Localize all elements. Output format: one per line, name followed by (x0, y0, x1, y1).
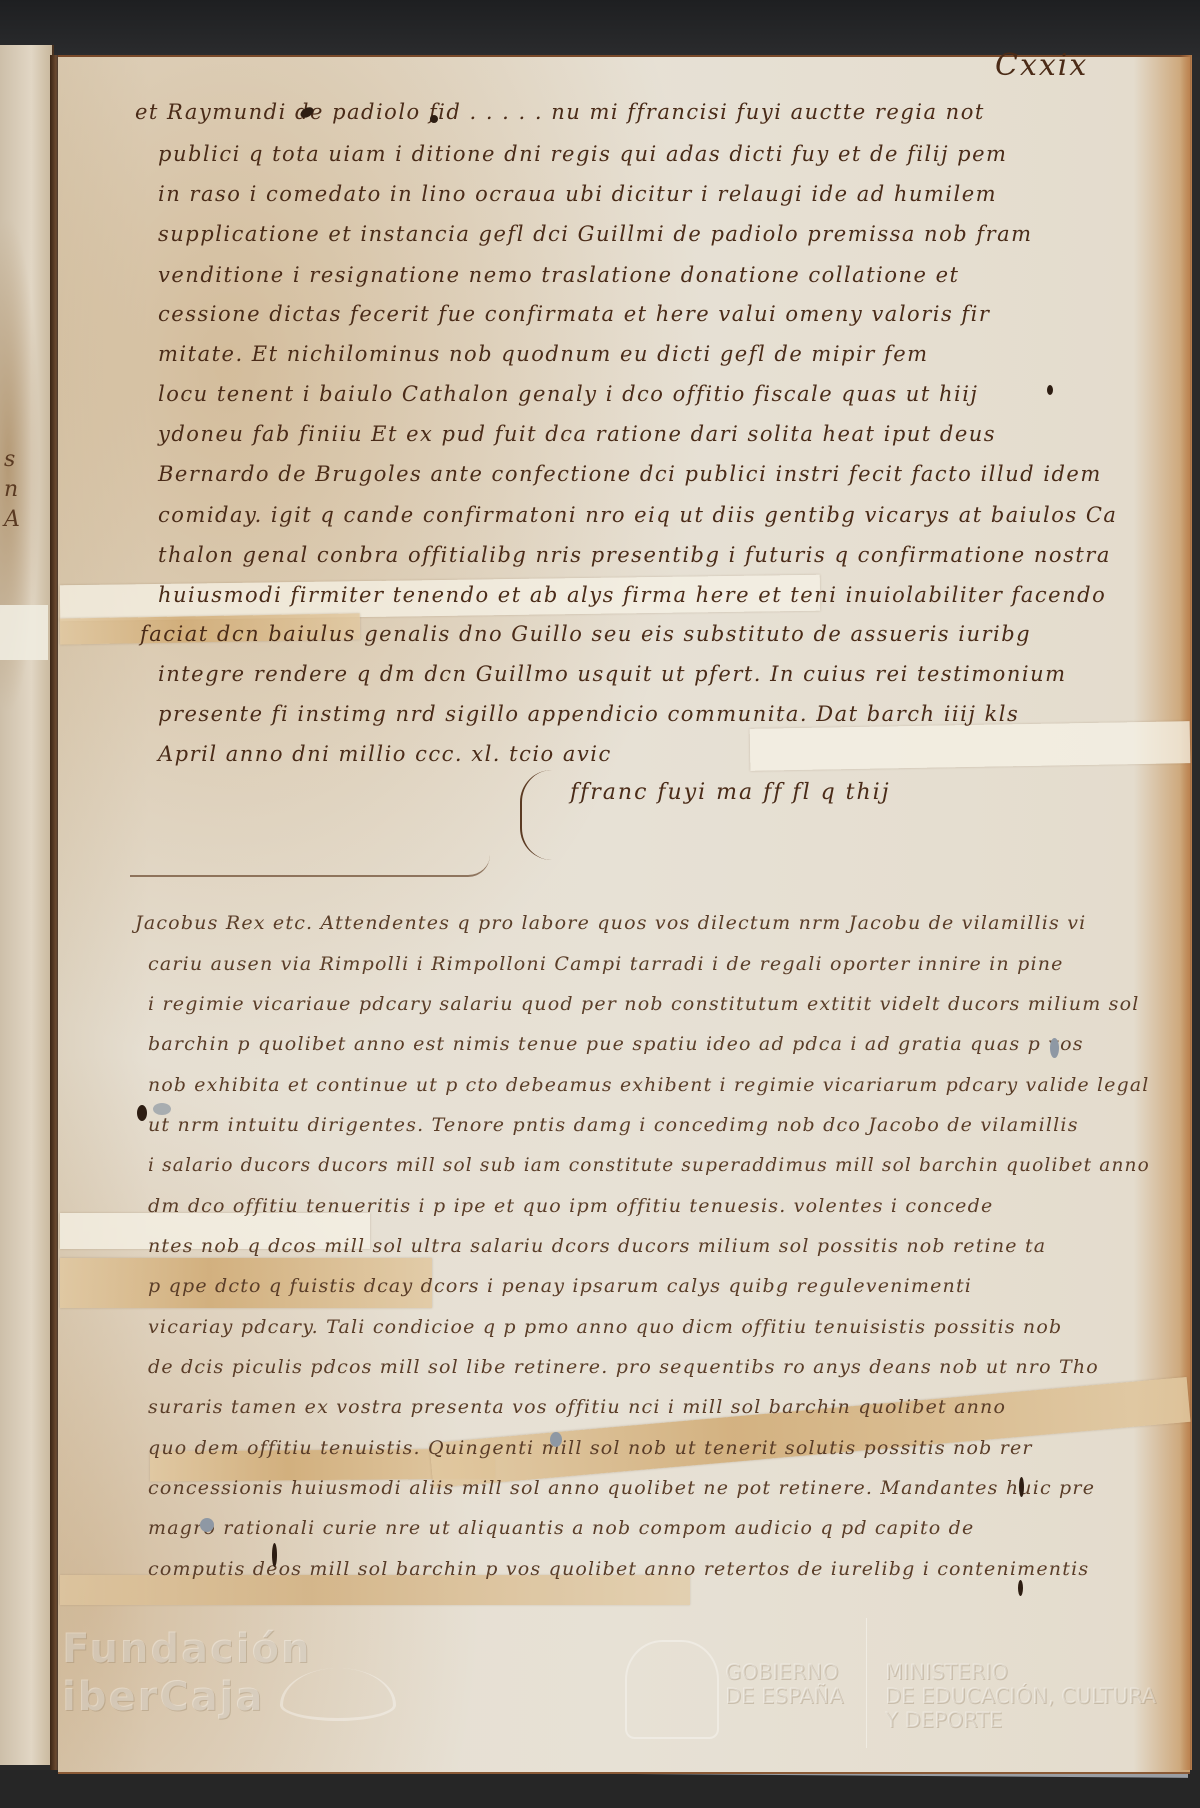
watermark-divider (866, 1618, 867, 1748)
previous-page-marks: snA (4, 445, 20, 535)
ink-blot (272, 1543, 277, 1567)
manuscript-line: vicariay pdcary. Tali condicioe q p pmo … (148, 1316, 1062, 1338)
manuscript-line: venditione i resignatione nemo traslatio… (158, 263, 960, 287)
manuscript-line: integre rendere q dm dcn Guillmo usquit … (158, 662, 1067, 686)
manuscript-line: in raso i comedato in lino ocraua ubi di… (158, 182, 997, 206)
manuscript-line: computis deos mill sol barchin p vos quo… (148, 1558, 1089, 1580)
fundacion-ibercaja-watermark: Fundación iberCaja (62, 1625, 311, 1721)
manuscript-line: mitate. Et nichilominus nob quodnum eu d… (158, 342, 929, 366)
ministerio-watermark: MINISTERIO DE EDUCACIÓN, CULTURA Y DEPOR… (885, 1660, 1156, 1732)
manuscript-line: cessione dictas fecerit fue confirmata e… (158, 302, 990, 326)
manuscript-line: dm dco offitiu tenueritis i p ipe et quo… (148, 1195, 993, 1217)
manuscript-line: ydoneu fab finiiu Et ex pud fuit dca rat… (158, 422, 996, 446)
manuscript-line: barchin p quolibet anno est nimis tenue … (148, 1033, 1084, 1055)
manuscript-line: magro rationali curie nre ut aliquantis … (148, 1517, 974, 1539)
manuscript-line: nob exhibita et continue ut p cto debeam… (148, 1074, 1149, 1096)
manuscript-line: supplicatione et instancia gefl dci Guil… (158, 222, 1033, 246)
manuscript-line: faciat dcn baiulus genalis dno Guillo se… (140, 622, 1031, 646)
ink-blot (1047, 385, 1053, 395)
manuscript-line: Bernardo de Brugoles ante confectione dc… (158, 462, 1102, 486)
manuscript-line: concessionis huiusmodi aliis mill sol an… (148, 1477, 1095, 1499)
manuscript-line: i salario ducors ducors mill sol sub iam… (148, 1154, 1150, 1176)
spain-coat-of-arms-icon (625, 1640, 719, 1739)
manuscript-line: publici q tota uiam i ditione dni regis … (158, 142, 1007, 166)
ink-blot (1019, 1477, 1024, 1497)
folio-number: Cxxix (995, 48, 1088, 83)
manuscript-line: de dcis piculis pdcos mill sol libe reti… (148, 1356, 1099, 1378)
manuscript-line: comiday. igit q cande confirmatoni nro e… (158, 503, 1117, 527)
watermark-line: GOBIERNO (725, 1660, 843, 1684)
ink-blot (137, 1105, 147, 1121)
worm-hole (1050, 1038, 1059, 1058)
manuscript-line: i regimie vicariaue pdcary salariu quod … (148, 993, 1140, 1015)
worm-hole (550, 1432, 562, 1447)
manuscript-line: p qpe dcto q fuistis dcay dcors i penay … (148, 1275, 972, 1297)
page-edge-stain (1180, 55, 1192, 1770)
watermark-line: Y DEPORTE (885, 1708, 1156, 1732)
worm-hole (153, 1103, 171, 1115)
notary-signature: ffranc fuyi ma ff fl q thij (570, 780, 891, 805)
manuscript-line: cariu ausen via Rimpolli i Rimpolloni Ca… (148, 953, 1064, 975)
watermark-line: iberCaja (62, 1673, 311, 1721)
manuscript-line: locu tenent i baiulo Cathalon genaly i d… (158, 382, 978, 406)
manuscript-line: ut nrm intuitu dirigentes. Tenore pntis … (148, 1114, 1079, 1136)
manuscript-line: suraris tamen ex vostra presenta vos off… (148, 1396, 1006, 1418)
repair-tape (750, 721, 1191, 771)
worm-hole (200, 1518, 214, 1532)
previous-page-edge: snA (0, 45, 54, 1765)
watermark-line: MINISTERIO (885, 1660, 1156, 1684)
section-separator-flourish (130, 855, 490, 877)
manuscript-line: April anno dni millio ccc. xl. tcio avic (158, 742, 612, 766)
gobierno-espana-watermark: GOBIERNO DE ESPAÑA (725, 1660, 843, 1708)
manuscript-line: et Raymundi de padiolo fid . . . . . nu … (135, 100, 985, 124)
watermark-line: DE EDUCACIÓN, CULTURA (885, 1684, 1156, 1708)
ink-blot (430, 115, 438, 123)
manuscript-line: Jacobus Rex etc. Attendentes q pro labor… (135, 912, 1086, 934)
manuscript-line: presente fi instimg nrd sigillo appendic… (158, 702, 1019, 726)
manuscript-line: ntes nob q dcos mill sol ultra salariu d… (148, 1235, 1046, 1257)
repair-tape (0, 605, 48, 660)
watermark-line: Fundación (62, 1625, 311, 1673)
ink-blot (1018, 1580, 1023, 1596)
watermark-line: DE ESPAÑA (725, 1684, 843, 1708)
manuscript-line: huiusmodi firmiter tenendo et ab alys fi… (158, 583, 1106, 607)
manuscript-line: quo dem offitiu tenuistis. Quingenti mil… (148, 1437, 1033, 1459)
manuscript-line: thalon genal conbra offitialibg nris pre… (158, 543, 1111, 567)
